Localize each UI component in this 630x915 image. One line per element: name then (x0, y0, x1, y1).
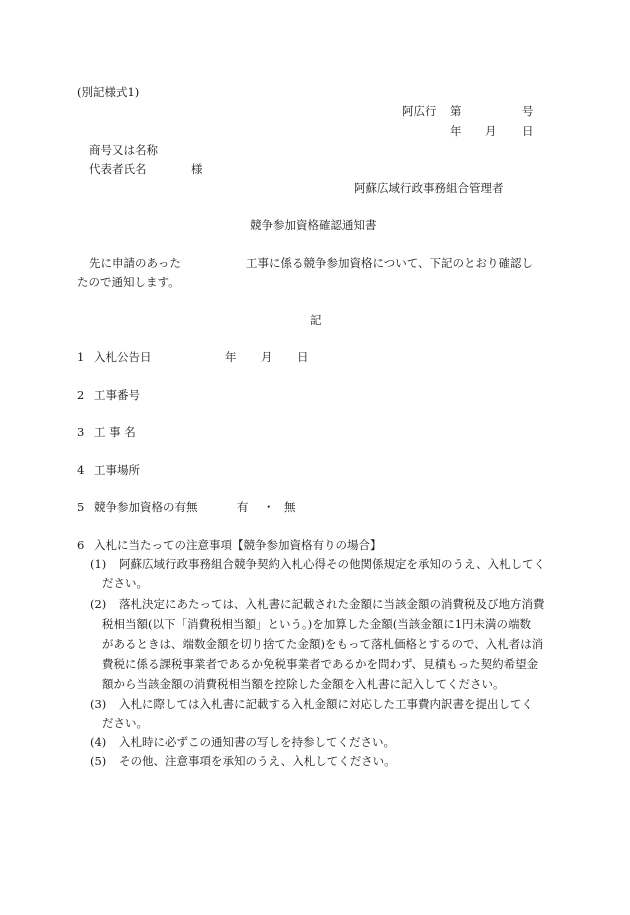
item-label: 入札に当たっての注意事項【競争参加資格有りの場合】 (94, 538, 382, 552)
date-month: 月 (485, 124, 497, 138)
document-title: 競争参加資格確認通知書 (250, 218, 377, 232)
date-year: 年 (450, 124, 462, 138)
representative-label: 代表者氏名 (89, 162, 147, 176)
item-label: 工 事 名 (94, 425, 136, 439)
note-line: その他、注意事項を承知のうえ、入札してください。 (119, 754, 396, 768)
doc-number-go: 号 (522, 104, 534, 118)
intro-line2: たので通知します。 (77, 275, 180, 289)
doc-number-dai: 第 (450, 104, 462, 118)
item-label: 工事番号 (94, 388, 140, 402)
note-line: 入札に際しては入札書に記載する入札金額に対応した工事費内訳書を提出してく (119, 697, 533, 711)
item-label: 入札公告日 (94, 350, 152, 364)
ki-heading: 記 (310, 313, 322, 327)
item-number: 5 (77, 500, 84, 514)
note-number: (2) (90, 597, 106, 611)
note-line: ださい。 (102, 716, 148, 730)
intro-part2: 工事に係る競争参加資格について、下記のとおり確認し (246, 256, 533, 270)
item-1: 1 (77, 350, 84, 364)
note-number: (1) (90, 557, 106, 571)
note-line: ださい。 (102, 576, 148, 590)
note-line: があるときは、端数金額を切り捨てた金額)をもって落札価格とするので、入札者は消 (102, 637, 543, 651)
note-number: (5) (90, 754, 106, 768)
note-line: 阿蘇広域行政事務組合競争契約入札心得その他関係規定を承知のうえ、入札してく (119, 557, 545, 571)
note-line: 費税に係る課税事業者であるか免税事業者であるかを問わず、見積もった契約希望金 (102, 657, 538, 671)
item-number: 3 (77, 425, 84, 439)
qualification-separator: ・ (263, 500, 275, 514)
announce-year: 年 (225, 350, 237, 364)
doc-number-prefix: 阿広行 (402, 104, 437, 118)
note-line: 額から当該金額の消費税相当額を控除した金額を入札書に記入してください。 (102, 677, 505, 691)
note-line: 入札時に必ずこの通知書の写しを持参してください。 (119, 735, 395, 749)
announce-day: 日 (297, 350, 309, 364)
qualification-yes: 有 (237, 500, 249, 514)
item-label: 競争参加資格の有無 (94, 500, 198, 514)
form-label: (別記様式1) (77, 85, 139, 99)
note-line: 税相当額(以下「消費税相当額」という。)を加算した金額(当該金額に1円未満の端数 (102, 617, 531, 631)
honorific: 様 (191, 162, 203, 176)
intro-part1: 先に申請のあった (89, 256, 181, 270)
item-number: 6 (77, 538, 84, 552)
note-line: 落札決定にあたっては、入札書に記載された金額に当該金額の消費税及び地方消費 (119, 597, 545, 611)
qualification-no: 無 (284, 500, 296, 514)
date-day: 日 (522, 124, 534, 138)
item-label: 工事場所 (94, 463, 140, 477)
item-number: 2 (77, 388, 84, 402)
note-number: (3) (90, 697, 106, 711)
item-number: 1 (77, 350, 84, 364)
item-number: 4 (77, 463, 84, 477)
announce-month: 月 (261, 350, 273, 364)
note-number: (4) (90, 735, 106, 749)
sender: 阿蘇広域行政事務組合管理者 (354, 181, 504, 195)
company-label: 商号又は名称 (89, 143, 158, 157)
